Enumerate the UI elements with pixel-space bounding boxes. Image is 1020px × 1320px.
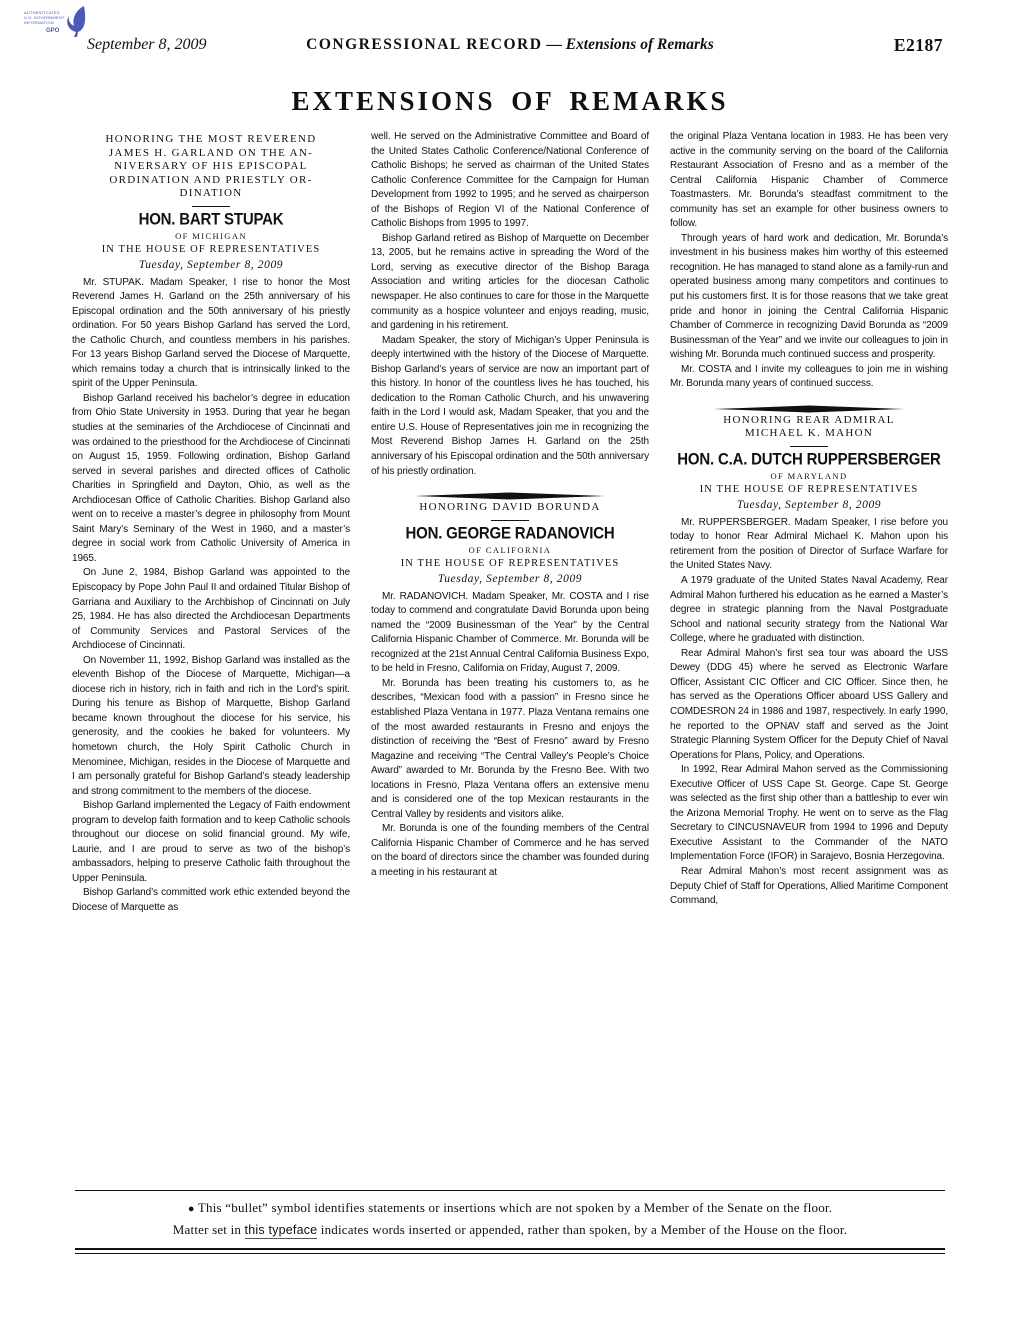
member-state: OF CALIFORNIA <box>371 545 649 555</box>
chamber-line: IN THE HOUSE OF REPRESENTATIVES <box>371 558 649 569</box>
chamber-line: IN THE HOUSE OF REPRESENTATIVES <box>72 244 350 255</box>
paragraph: A 1979 graduate of the United States Nav… <box>670 574 948 647</box>
gpo-eagle-icon <box>62 4 88 38</box>
header-title-section: Extensions of Remarks <box>566 36 714 53</box>
column-3: the original Plaza Ventana location in 1… <box>670 130 948 909</box>
paragraph: Bishop Garland received his bachelor’s d… <box>72 392 350 567</box>
footer-double-rule <box>75 1248 945 1254</box>
footer-bullet-note: ● This “bullet” symbol identifies statem… <box>0 1200 1020 1216</box>
paragraph: Madam Speaker, the story of Michigan’s U… <box>371 334 649 479</box>
paragraph: Through years of hard work and dedicatio… <box>670 232 948 363</box>
paragraph: In 1992, Rear Admiral Mahon served as th… <box>670 763 948 865</box>
heading-rule <box>491 520 529 521</box>
separator-rule-icon <box>714 405 904 413</box>
paragraph: Mr. Borunda is one of the founding membe… <box>371 822 649 880</box>
paragraph: Mr. Borunda has been treating his custom… <box>371 677 649 822</box>
article-heading: HONORING THE MOST REVEREND JAMES H. GARL… <box>78 133 344 201</box>
session-date: Tuesday, September 8, 2009 <box>670 499 948 511</box>
column-2: well. He served on the Administrative Co… <box>371 130 649 881</box>
article-separator <box>670 400 948 408</box>
bullet-icon: ● <box>188 1203 195 1215</box>
paragraph-continuation: the original Plaza Ventana location in 1… <box>670 130 948 232</box>
chamber-line: IN THE HOUSE OF REPRESENTATIVES <box>670 484 948 495</box>
member-state: OF MICHIGAN <box>72 231 350 241</box>
article-heading: HONORING REAR ADMIRAL MICHAEL K. MAHON <box>676 414 942 441</box>
session-date: Tuesday, September 8, 2009 <box>72 259 350 271</box>
gpo-logo-text: AUTHENTICATED U.S. GOVERNMENT INFORMATIO… <box>24 10 65 25</box>
paragraph: On November 11, 1992, Bishop Garland was… <box>72 654 350 799</box>
column-1: HONORING THE MOST REVEREND JAMES H. GARL… <box>72 130 350 916</box>
member-name: HON. GEORGE RADANOVICH <box>371 524 649 542</box>
gpo-logo-gpo: GPO <box>46 28 59 34</box>
paragraph: Rear Admiral Mahon’s most recent assignm… <box>670 865 948 909</box>
paragraph: Mr. RUPPERSBERGER. Madam Speaker, I rise… <box>670 516 948 574</box>
member-name: HON. BART STUPAK <box>72 210 350 228</box>
paragraph: On June 2, 1984, Bishop Garland was appo… <box>72 566 350 653</box>
footer-rule <box>75 1190 945 1191</box>
member-state: OF MARYLAND <box>670 471 948 481</box>
footer-typeface-post: indicates words inserted or appended, ra… <box>317 1222 847 1237</box>
heading-rule <box>192 206 230 207</box>
footer-typeface-sample: this typeface <box>245 1223 318 1239</box>
footer-bullet-text: This “bullet” symbol identifies statemen… <box>198 1200 832 1215</box>
gpo-logo-line3: INFORMATION <box>24 20 65 25</box>
header-title-record: CONGRESSIONAL RECORD <box>306 36 542 53</box>
footer-typeface-note: Matter set in this typeface indicates wo… <box>0 1222 1020 1238</box>
paragraph: Mr. RADANOVICH. Madam Speaker, Mr. COSTA… <box>371 590 649 677</box>
page-title: EXTENSIONS OF REMARKS <box>0 86 1020 117</box>
footer-typeface-pre: Matter set in <box>173 1222 245 1237</box>
paragraph-continuation: well. He served on the Administrative Co… <box>371 130 649 232</box>
article-heading: HONORING DAVID BORUNDA <box>377 501 643 515</box>
paragraph: Bishop Garland implemented the Legacy of… <box>72 799 350 886</box>
article-separator <box>371 487 649 495</box>
heading-rule <box>790 446 828 447</box>
session-date: Tuesday, September 8, 2009 <box>371 573 649 585</box>
congressional-record-page: AUTHENTICATED U.S. GOVERNMENT INFORMATIO… <box>0 0 1020 1320</box>
header-page-number: E2187 <box>894 35 943 56</box>
paragraph: Mr. STUPAK. Madam Speaker, I rise to hon… <box>72 276 350 392</box>
paragraph: Bishop Garland’s committed work ethic ex… <box>72 886 350 915</box>
separator-rule-icon <box>415 492 605 500</box>
paragraph: Bishop Garland retired as Bishop of Marq… <box>371 232 649 334</box>
member-name: HON. C.A. DUTCH RUPPERSBERGER <box>670 450 948 468</box>
paragraph: Mr. COSTA and I invite my colleagues to … <box>670 363 948 392</box>
paragraph: Rear Admiral Mahon’s first sea tour was … <box>670 647 948 763</box>
header-title: CONGRESSIONAL RECORD — Extensions of Rem… <box>75 36 945 54</box>
running-header: September 8, 2009 CONGRESSIONAL RECORD —… <box>75 36 945 58</box>
header-title-dash: — <box>546 36 562 53</box>
